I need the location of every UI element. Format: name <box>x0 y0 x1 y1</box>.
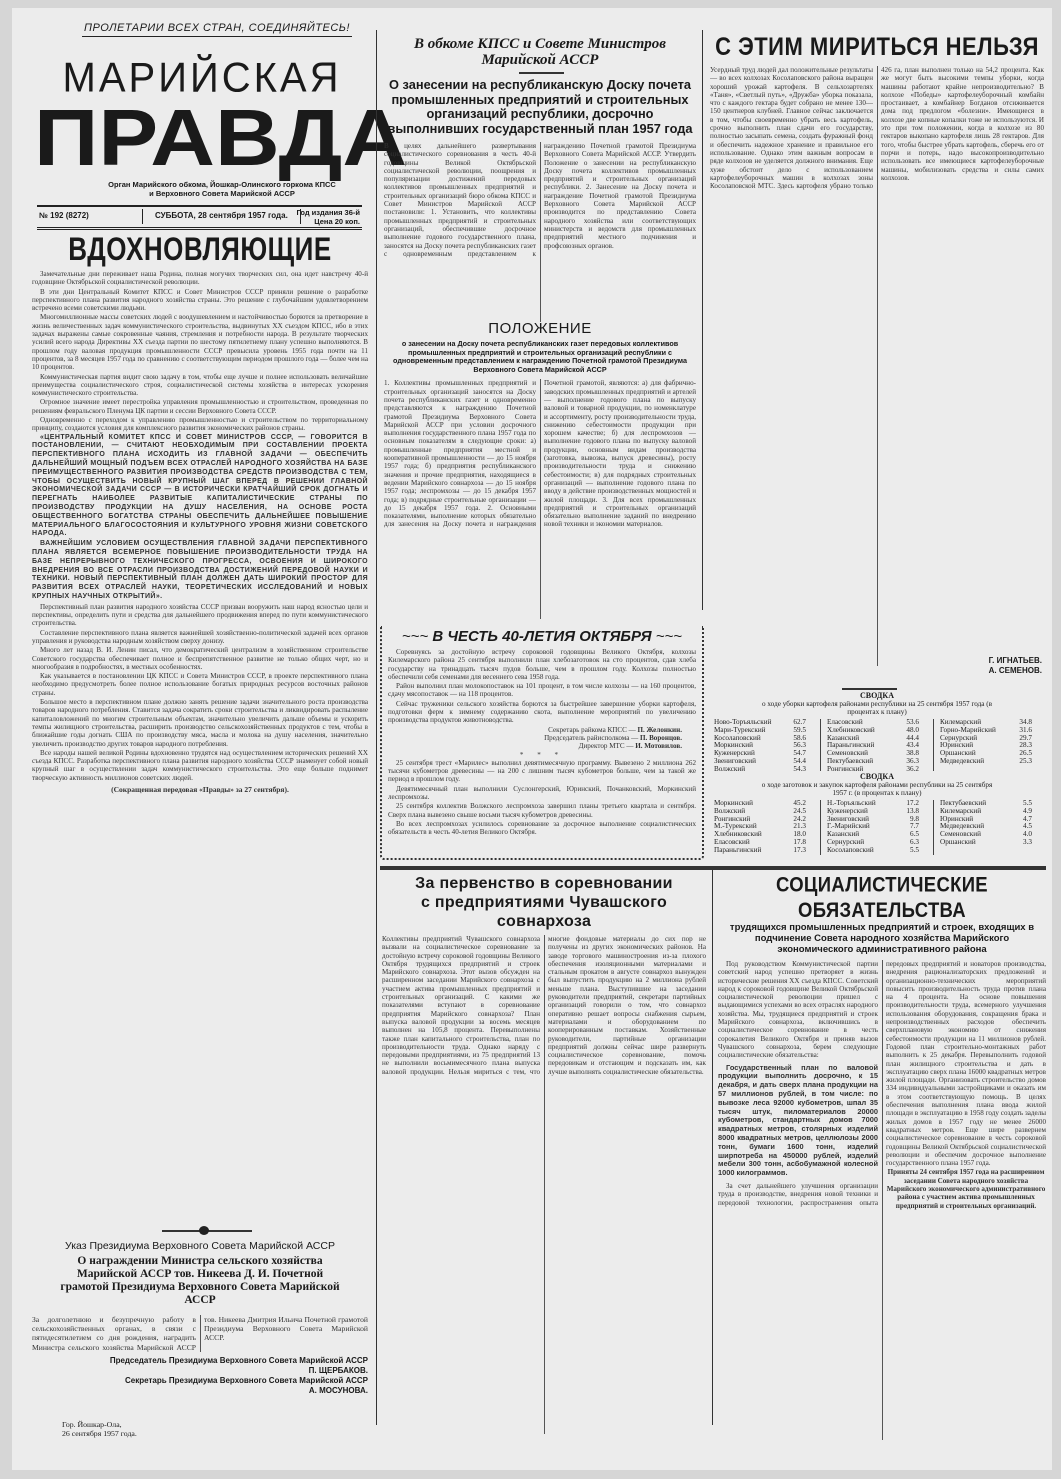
lead-caps-paragraph: «ЦЕНТРАЛЬНЫЙ КОМИТЕТ КПСС И СОВЕТ МИНИСТ… <box>32 434 368 540</box>
summary-row: Косолаповский5.5 <box>825 847 929 855</box>
decree-kicker: Указ Президиума Верховного Совета Марийс… <box>32 1240 368 1252</box>
decree-place-date: Гор. Йошкар-Ола, 26 сентября 1957 года. <box>62 1420 137 1438</box>
summary-1: СВОДКА о ходе уборки картофеля районами … <box>708 691 1046 771</box>
district-name: Волжский <box>712 766 786 771</box>
lead-headline-box: ВДОХНОВЛЯЮЩИЕ ПЕРСПЕКТИВЫ <box>30 230 370 270</box>
column-rule <box>712 870 713 1425</box>
summary-column: Ново-Торъяльский62.7Мари-Турекский59.5Ко… <box>708 719 821 771</box>
obkom-text: В целях дальнейшего развертывания социал… <box>384 142 696 322</box>
lead-headline: ВДОХНОВЛЯЮЩИЕ ПЕРСПЕКТИВЫ <box>30 230 370 270</box>
separator-dots: * * * <box>388 751 696 759</box>
summary-2-title: СВОДКА <box>708 772 1046 781</box>
summary-1-subtitle: о ходе уборки картофеля районами республ… <box>708 700 1046 716</box>
summary-column: Пектубаевский5.5Килемарский4.9Юринский4.… <box>934 800 1046 855</box>
divider <box>519 72 564 74</box>
october-signature: Директор МТС — И. Мотовилов. <box>388 742 682 750</box>
summary-2-table: Моркинский45.2Волжский24.5Ронгинский24.2… <box>708 800 1046 855</box>
october-box: ~~~ В ЧЕСТЬ 40-ЛЕТИЯ ОКТЯБРЯ ~~~ Соревну… <box>380 626 704 860</box>
district-name: Параньгинский <box>712 847 783 855</box>
ornament-icon <box>199 1226 209 1235</box>
column-rule <box>702 30 703 610</box>
signature-name: А. МОСУНОВА. <box>32 1386 368 1396</box>
district-name: Косолаповский <box>825 847 896 855</box>
october-paragraph: Во всех леспромхозах усилилось соревнова… <box>388 820 696 837</box>
october-paragraphs: Соревнуясь за достойную встречу сороково… <box>388 648 696 725</box>
obligations-body: Под руководством Коммунистической партии… <box>718 960 1046 1440</box>
year-of-publication: Год издания 36-й <box>296 208 360 217</box>
october-paragraph: Район выполнил план молокопоставок на 10… <box>388 682 696 699</box>
regulation-section: ПОЛОЖЕНИЕ о занесении на Доску почета ре… <box>384 320 696 620</box>
obkom-kicker-line-2: Марийской АССР <box>384 52 696 68</box>
october-signatures: Секретарь райкома КПСС — П. Желонкин.Пре… <box>388 726 696 751</box>
summary-row: Медведевский25.3 <box>938 758 1042 766</box>
regulation-text: 1. Коллективы промышленных предприятий и… <box>384 379 696 619</box>
organ-line-2: и Верховного Совета Марийской АССР <box>92 189 352 198</box>
chuvash-headline-line-1: За первенство в соревновании <box>382 874 706 893</box>
chuvash-text: Коллективы предприятий Чувашского совнар… <box>382 935 706 1434</box>
potato-headline: С ЭТИМ МИРИТЬСЯ НЕЛЬЗЯ <box>710 32 1044 62</box>
district-name: Ронгинский <box>825 766 896 771</box>
signature-name: Г. ИГНАТЬЕВ. <box>862 656 1042 666</box>
summary-column: Килемарский34.8Горно-Марийский31.6Сернур… <box>934 719 1046 771</box>
chuvash-section: За первенство в соревновании с предприят… <box>382 874 706 1434</box>
summary-1-table: Ново-Торъяльский62.7Мари-Турекский59.5Ко… <box>708 719 1046 771</box>
obligations-plan-text: Государственный план по валовой продукци… <box>718 1064 878 1178</box>
lead-paragraphs: Замечательные дни переживает наша Родина… <box>32 270 368 433</box>
october-paragraph: 25 сентября коллектив Волжского леспромх… <box>388 802 696 819</box>
column-rule <box>376 30 377 1425</box>
lead-after-paragraphs: Перспективный план развития народного хо… <box>32 603 368 782</box>
lead-paragraph: Все народы нашей великой Родины вдохнове… <box>32 749 368 782</box>
decree-headline: О награждении Министра сельского хозяйст… <box>32 1255 368 1307</box>
percent-value: 3.3 <box>1011 839 1042 847</box>
october-body: Соревнуясь за достойную встречу сороково… <box>382 645 702 841</box>
issue-bar: № 192 (8272) СУББОТА, 28 сентября 1957 г… <box>37 205 362 230</box>
obkom-kicker-line-1: В обкоме КПСС и Совете Министров <box>384 36 696 52</box>
lead-paragraph: Большое место в перспективном плане долж… <box>32 698 368 748</box>
october-signature: Секретарь райкома КПСС — П. Желонкин. <box>388 726 682 734</box>
summary-2: СВОДКА о ходе заготовок и закупок картоф… <box>708 772 1046 867</box>
district-name: Медведевский <box>938 758 1012 766</box>
issue-date: СУББОТА, 28 сентября 1957 года. <box>142 209 301 224</box>
lead-paragraph: Составление перспективного плана являетс… <box>32 629 368 646</box>
signature-title: Председатель Президиума Верховного Совет… <box>32 1356 368 1366</box>
potato-article-body: Усердный труд людей дал положительные ре… <box>710 66 1044 666</box>
decree-date: 26 сентября 1957 года. <box>62 1429 137 1438</box>
lead-paragraph: Многомиллионные массы советских людей с … <box>32 313 368 371</box>
percent-value: 54.3 <box>786 766 816 771</box>
decree-place: Гор. Йошкар-Ола, <box>62 1420 137 1429</box>
wave-ornament-icon: ~~~ <box>402 628 432 645</box>
lead-article-body: Замечательные дни переживает наша Родина… <box>32 270 368 1216</box>
obligations-intro: Под руководством Коммунистической партии… <box>718 960 878 1060</box>
divider <box>842 688 897 690</box>
lead-paragraph: Огромное значение имеет перестройка упра… <box>32 398 368 415</box>
october-title-text: В ЧЕСТЬ 40-ЛЕТИЯ ОКТЯБРЯ <box>432 628 651 645</box>
masthead-title-line2: ПРАВДА <box>34 98 370 178</box>
lead-source-note: (Сокращенная передовая «Правды» за 27 се… <box>32 786 368 794</box>
lead-paragraph: В эти дни Центральный Комитет КПСС и Сов… <box>32 288 368 313</box>
lead-caps-paragraphs: «ЦЕНТРАЛЬНЫЙ КОМИТЕТ КПСС И СОВЕТ МИНИСТ… <box>32 434 368 602</box>
october-title: ~~~ В ЧЕСТЬ 40-ЛЕТИЯ ОКТЯБРЯ ~~~ <box>382 628 702 645</box>
obkom-headline: О занесении на республиканскую Доску поч… <box>384 78 696 136</box>
lead-paragraph: Одновременно с переходом к управлению пр… <box>32 416 368 433</box>
obligations-adopted-note: Приняты 24 сентября 1957 года на расшире… <box>886 1168 1046 1209</box>
obligations-section: СОЦИАЛИСТИЧЕСКИЕ ОБЯЗАТЕЛЬСТВА трудящихс… <box>718 872 1046 1442</box>
newspaper-page: ПРОЛЕТАРИИ ВСЕХ СТРАН, СОЕДИНЯЙТЕСЬ! МАР… <box>12 8 1052 1470</box>
obkom-section: В обкоме КПСС и Совете Министров Марийск… <box>384 36 696 326</box>
potato-text: Усердный труд людей дал положительные ре… <box>710 66 1044 190</box>
signature-title: Секретарь Президиума Верховного Совета М… <box>32 1376 368 1386</box>
regulation-title: ПОЛОЖЕНИЕ <box>384 320 696 337</box>
percent-value: 36.2 <box>896 766 929 771</box>
october-paragraph: Соревнуясь за достойную встречу сороково… <box>388 648 696 681</box>
regulation-subtitle: о занесении на Доску почета республиканс… <box>384 340 696 374</box>
summary-row: Волжский54.3 <box>712 766 816 771</box>
lead-caps-paragraph: ВАЖНЕЙШИМ УСЛОВИЕМ ОСУЩЕСТВЛЕНИЯ ГЛАВНОЙ… <box>32 540 368 602</box>
masthead-organ: Орган Марийского обкома, Йошкар-Олинског… <box>92 180 352 198</box>
summary-row: Параньгинский17.3 <box>712 847 816 855</box>
october-paragraphs-2: 25 сентября трест «Марилес» выполнил дев… <box>388 759 696 837</box>
percent-value: 17.3 <box>783 847 816 855</box>
district-name: Оршанский <box>938 839 1011 847</box>
summary-column: Моркинский45.2Волжский24.5Ронгинский24.2… <box>708 800 821 855</box>
summary-2-subtitle: о ходе заготовок и закупок картофеля рай… <box>708 781 1046 797</box>
october-paragraph: 25 сентября трест «Марилес» выполнил дев… <box>388 759 696 784</box>
signature-name: П. ЩЕРБАКОВ. <box>32 1366 368 1376</box>
lead-paragraph: Коммунистическая партия видит свою задач… <box>32 373 368 398</box>
wave-ornament-icon: ~~~ <box>652 628 682 645</box>
summary-row: Ронгинский36.2 <box>825 766 929 771</box>
summary-column: Н.-Торъяльский17.2Куженерский13.8Звениго… <box>821 800 934 855</box>
lead-paragraph: Замечательные дни переживает наша Родина… <box>32 270 368 287</box>
issue-meta: Год издания 36-й Цена 20 коп. <box>296 208 360 226</box>
organ-line-1: Орган Марийского обкома, Йошкар-Олинског… <box>92 180 352 189</box>
october-paragraph: Девятимесячный план выполнили Суслонгерс… <box>388 785 696 802</box>
decree-text: За долголетнюю и безупречную работу в се… <box>32 1315 368 1352</box>
summary-row: Оршанский3.3 <box>938 839 1042 847</box>
october-paragraph: Сейчас труженики сельского хозяйства бор… <box>388 700 696 725</box>
decree-signature-1: Председатель Президиума Верховного Совет… <box>32 1356 368 1396</box>
signature-name: А. СЕМЕНОВ. <box>862 666 1042 676</box>
decree-section: Указ Президиума Верховного Совета Марийс… <box>32 1240 368 1470</box>
summary-column: Еласовский53.6Хлебниковский48.0Казанский… <box>821 719 934 771</box>
lead-paragraph: Много лет назад В. И. Ленин писал, что д… <box>32 646 368 671</box>
issue-number: № 192 (8272) <box>39 211 89 220</box>
summary-1-title: СВОДКА <box>708 691 1046 700</box>
october-signature: Председатель райисполкома — П. Воронцов. <box>388 734 682 742</box>
masthead-slogan: ПРОЛЕТАРИИ ВСЕХ СТРАН, СОЕДИНЯЙТЕСЬ! <box>82 22 352 37</box>
chuvash-headline: За первенство в соревновании с предприят… <box>382 874 706 931</box>
percent-value: 25.3 <box>1012 758 1042 766</box>
potato-signatures: Г. ИГНАТЬЕВ. А. СЕМЕНОВ. <box>862 656 1042 682</box>
price: Цена 20 коп. <box>296 217 360 226</box>
obligations-headline: СОЦИАЛИСТИЧЕСКИЕ ОБЯЗАТЕЛЬСТВА <box>718 872 1046 923</box>
obligations-subtitle: трудящихся промышленных предприятий и ст… <box>718 922 1046 955</box>
lead-paragraph: Перспективный план развития народного хо… <box>32 603 368 628</box>
lead-paragraph: Как указывается в постановлении ЦК КПСС … <box>32 672 368 697</box>
chuvash-headline-line-2: с предприятиями Чувашского совнархоза <box>382 893 706 931</box>
section-divider <box>380 866 1046 870</box>
obkom-kicker: В обкоме КПСС и Совете Министров Марийск… <box>384 36 696 68</box>
percent-value: 5.5 <box>896 847 929 855</box>
